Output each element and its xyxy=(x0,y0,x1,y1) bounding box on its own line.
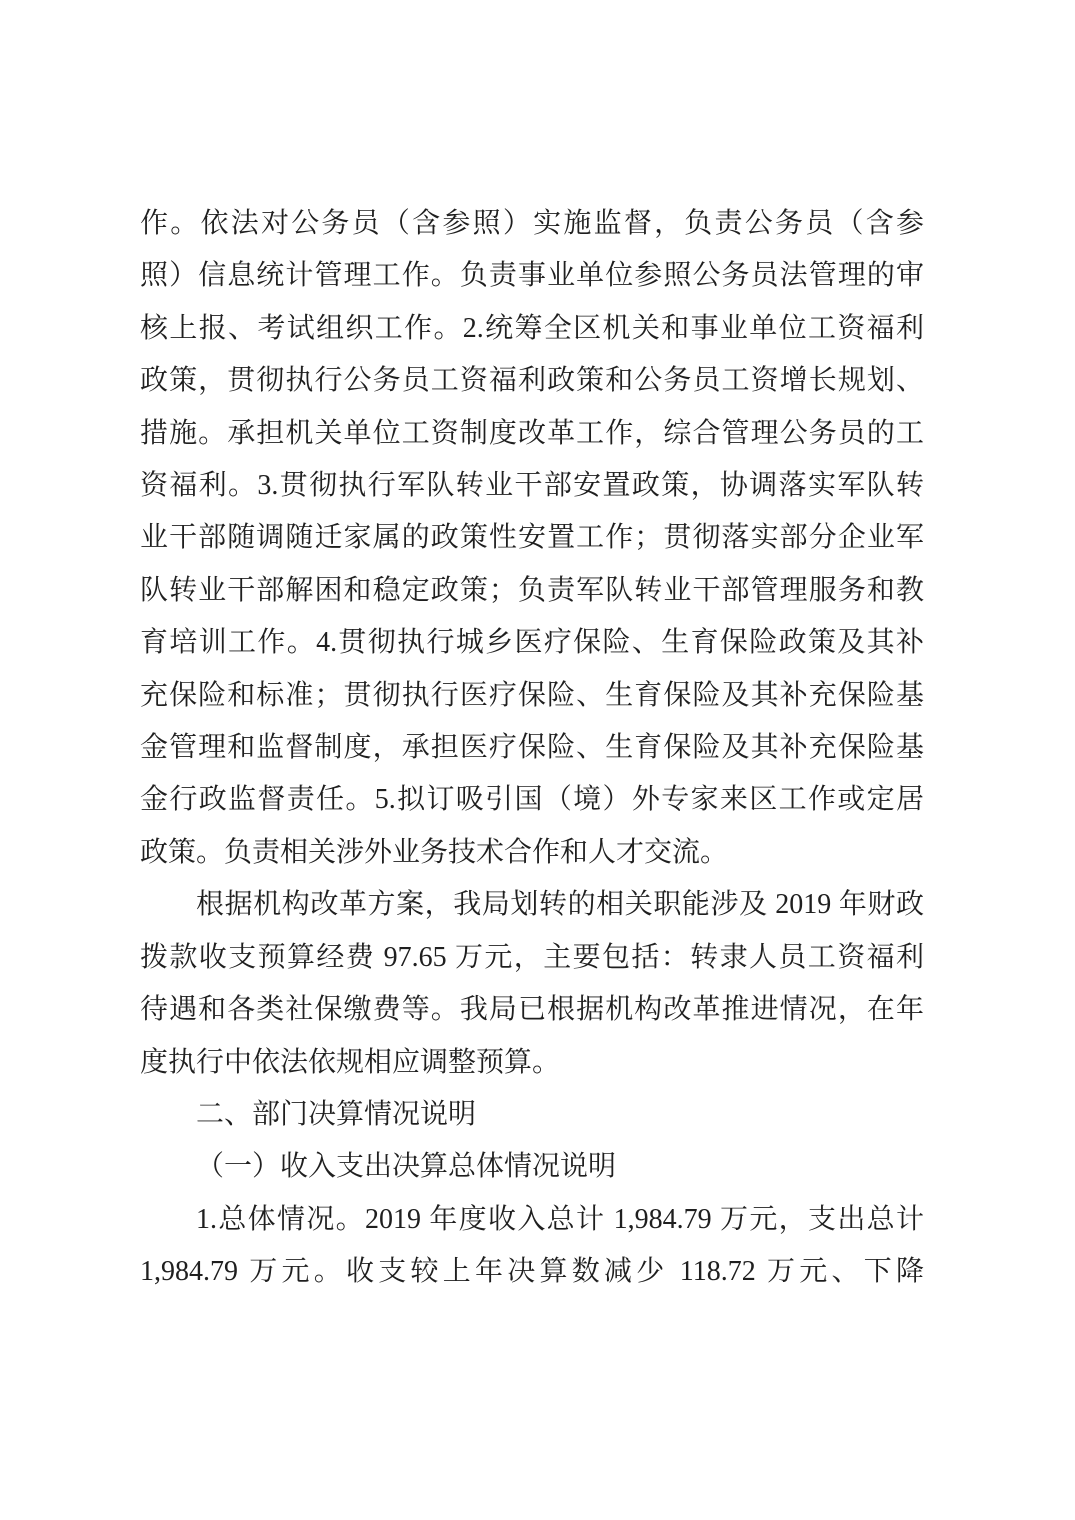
text-line: 队转业干部解困和稳定政策；负责军队转业干部管理服务和教 xyxy=(140,565,924,617)
text-line: 政策。负责相关涉外业务技术合作和人才交流。 xyxy=(140,827,924,879)
text-line: 核上报、考试组织工作。2.统筹全区机关和事业单位工资福利 xyxy=(140,303,924,355)
section-heading: 二、部门决算情况说明 xyxy=(140,1089,924,1141)
text-line: 根据机构改革方案，我局划转的相关职能涉及 2019 年财政 xyxy=(140,879,924,931)
text-line: 金行政监督责任。5.拟订吸引国（境）外专家来区工作或定居 xyxy=(140,774,924,826)
text-line: 资福利。3.贯彻执行军队转业干部安置政策，协调落实军队转 xyxy=(140,460,924,512)
text-line: 政策，贯彻执行公务员工资福利政策和公务员工资增长规划、 xyxy=(140,355,924,407)
text-line: 度执行中依法依规相应调整预算。 xyxy=(140,1037,924,1089)
document-body: 作。依法对公务员（含参照）实施监督，负责公务员（含参 照）信息统计管理工作。负责… xyxy=(140,198,924,1299)
document-page: 作。依法对公务员（含参照）实施监督，负责公务员（含参 照）信息统计管理工作。负责… xyxy=(0,0,1075,1520)
text-line: 金管理和监督制度，承担医疗保险、生育保险及其补充保险基 xyxy=(140,722,924,774)
text-line: 待遇和各类社保缴费等。我局已根据机构改革推进情况，在年 xyxy=(140,984,924,1036)
text-line: 育培训工作。4.贯彻执行城乡医疗保险、生育保险政策及其补 xyxy=(140,617,924,669)
text-line: 措施。承担机关单位工资制度改革工作，综合管理公务员的工 xyxy=(140,408,924,460)
text-line: 作。依法对公务员（含参照）实施监督，负责公务员（含参 xyxy=(140,198,924,250)
subsection-heading: （一）收入支出决算总体情况说明 xyxy=(140,1141,924,1193)
text-line: 业干部随调随迁家属的政策性安置工作；贯彻落实部分企业军 xyxy=(140,512,924,564)
text-line: 1.总体情况。2019 年度收入总计 1,984.79 万元，支出总计 xyxy=(140,1194,924,1246)
text-line: 照）信息统计管理工作。负责事业单位参照公务员法管理的审 xyxy=(140,250,924,302)
text-line: 充保险和标准；贯彻执行医疗保险、生育保险及其补充保险基 xyxy=(140,670,924,722)
text-line: 拨款收支预算经费 97.65 万元，主要包括：转隶人员工资福利 xyxy=(140,932,924,984)
text-line: 1,984.79 万元。收支较上年决算数减少 118.72 万元、下降 xyxy=(140,1246,924,1298)
